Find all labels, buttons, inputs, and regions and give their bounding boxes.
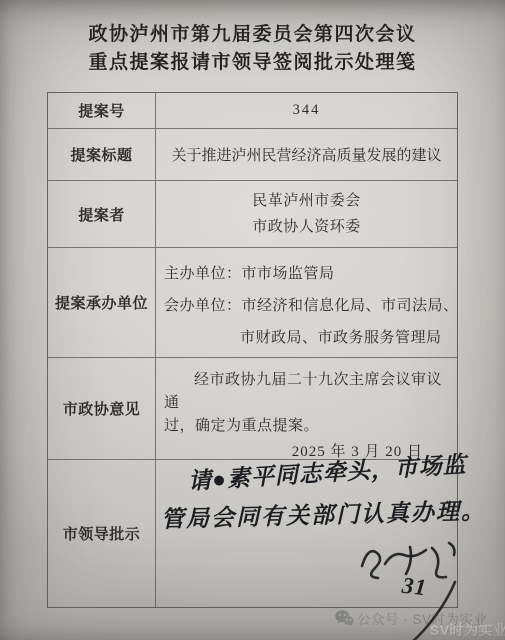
table-row-proposal-number: 提案号 344: [48, 93, 457, 129]
document-title-line1: 政协泸州市第九届委员会第四次会议: [0, 19, 505, 46]
table-row-proposal-title: 提案标题 关于推进泸州民营经济高质量发展的建议: [48, 129, 457, 181]
row-label: 提案标题: [48, 129, 156, 180]
row-label: 提案者: [48, 181, 156, 247]
proposal-title-value: 关于推进泸州民营经济高质量发展的建议: [156, 129, 457, 180]
row-label: 市领导批示: [48, 460, 156, 607]
co-units-line1: 会办单位：市经济和信息化局、市司法局、: [164, 290, 459, 322]
proposer-line1: 民革泸州市委会: [252, 188, 361, 214]
document-photo: 政协泸州市第九届委员会第四次会议 重点提案报请市领导签阅批示处理笺 提案号 34…: [0, 0, 505, 640]
opinion-line2: 过，确定为重点提案。: [164, 415, 449, 438]
host-unit-line: 主办单位：市市场监管局: [164, 258, 459, 290]
table-row-cppcc-opinion: 市政协意见 经市政协九届二十九次主席会议审议通 过，确定为重点提案。 2025 …: [48, 358, 457, 460]
opinion-line1: 经市政协九届二十九次主席会议审议通: [164, 369, 449, 415]
handwritten-annotation-line2: 管局会同有关部门认真办理。: [161, 492, 487, 533]
table-row-handling-units: 提案承办单位 主办单位：市市场监管局 会办单位：市经济和信息化局、市司法局、 市…: [48, 248, 457, 358]
leader-signature-scribble: [352, 538, 470, 640]
row-label: 提案号: [48, 93, 156, 128]
cppcc-opinion-value: 经市政协九届二十九次主席会议审议通 过，确定为重点提案。 2025 年 3 月 …: [156, 358, 457, 459]
proposal-table: 提案号 344 提案标题 关于推进泸州民营经济高质量发展的建议 提案者 民革泸州…: [47, 92, 458, 608]
proposer-line2: 市政协人资环委: [252, 214, 361, 240]
row-label: 市政协意见: [48, 358, 156, 459]
co-units-line2: 市财政局、市政务服务管理局: [164, 322, 459, 354]
row-label: 提案承办单位: [48, 248, 156, 357]
document-title-line2: 重点提案报请市领导签阅批示处理笺: [0, 47, 505, 74]
handling-units-value: 主办单位：市市场监管局 会办单位：市经济和信息化局、市司法局、 市财政局、市政务…: [156, 248, 463, 357]
table-row-proposer: 提案者 民革泸州市委会 市政协人资环委: [48, 181, 457, 248]
proposer-value: 民革泸州市委会 市政协人资环委: [156, 181, 457, 247]
proposal-number-value: 344: [156, 93, 457, 128]
